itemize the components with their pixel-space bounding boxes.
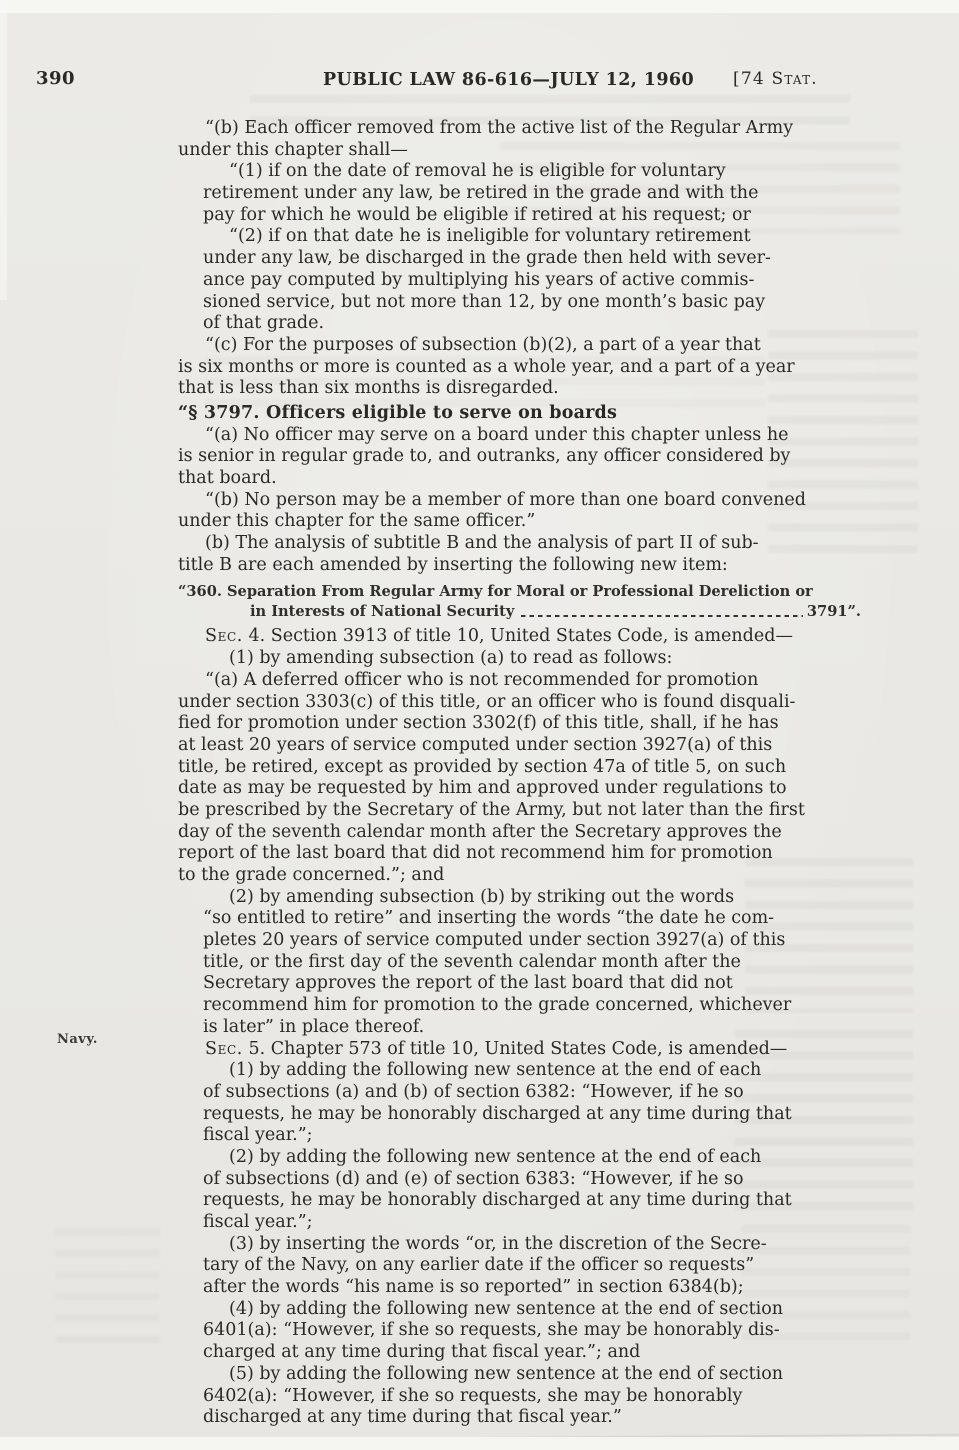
text-run: (1) by amending subsection (a) to read a…	[229, 648, 672, 668]
text-line: “(a) No officer may serve on a board und…	[178, 425, 861, 447]
text-line: fiscal year.”;	[178, 1125, 861, 1147]
text-line: “so entitled to retire” and inserting th…	[178, 908, 861, 930]
text-line: fied for promotion under section 3302(f)…	[178, 713, 861, 735]
text-line: requests, he may be honorably discharged…	[178, 1104, 861, 1126]
text-run: title, or the first day of the seventh c…	[203, 952, 741, 972]
text-run: “(a) A deferred officer who is not recom…	[205, 670, 758, 690]
text-line: that board.	[178, 468, 861, 490]
text-line: fiscal year.”;	[178, 1212, 861, 1234]
bleed-through-artifact	[55, 1228, 160, 1348]
text-run: “(b) No person may be a member of more t…	[205, 490, 806, 510]
para-b-analysis: (b) The analysis of subtitle B and the a…	[178, 533, 861, 576]
text-run: that is less than six months is disregar…	[178, 378, 559, 398]
text-line: is later” in place thereof.	[178, 1017, 861, 1039]
text-run: Sec.	[205, 626, 243, 646]
text-line: at least 20 years of service computed un…	[178, 735, 861, 757]
text-line: (2) by amending subsection (b) by striki…	[178, 887, 861, 909]
text-run: report of the last board that did not re…	[178, 843, 773, 863]
text-line: of that grade.	[178, 313, 861, 335]
text-run: ance pay computed by multiplying his yea…	[203, 270, 754, 290]
text-line: pletes 20 years of service computed unde…	[178, 930, 861, 952]
sec4-clause-1: (1) by amending subsection (a) to read a…	[178, 648, 861, 670]
sec-5-intro: Sec. 5. Chapter 573 of title 10, United …	[178, 1039, 861, 1061]
text-run: pletes 20 years of service computed unde…	[203, 930, 785, 950]
text-line: “(c) For the purposes of subsection (b)(…	[178, 335, 861, 357]
sec5-clause-3: (3) by inserting the words “or, in the d…	[178, 1234, 861, 1299]
text-run: of subsections (a) and (b) of section 63…	[203, 1082, 744, 1102]
text-run: is senior in regular grade to, and outra…	[178, 446, 790, 466]
para-b-no-person: “(b) No person may be a member of more t…	[178, 490, 861, 533]
statute-page: 390 PUBLIC LAW 86-616—JULY 12, 1960 [74 …	[0, 0, 959, 1450]
text-run: under section 3303(c) of this title, or …	[178, 692, 795, 712]
running-header-title: PUBLIC LAW 86-616—JULY 12, 1960	[323, 70, 694, 90]
text-line: “(2) if on that date he is ineligible fo…	[178, 226, 861, 248]
text-line: ance pay computed by multiplying his yea…	[178, 270, 861, 292]
sec5-clause-2: (2) by adding the following new sentence…	[178, 1147, 861, 1234]
text-line: (2) by adding the following new sentence…	[178, 1147, 861, 1169]
text-line: requests, he may be honorably discharged…	[178, 1190, 861, 1212]
statute-text-column: “(b) Each officer removed from the activ…	[178, 118, 861, 1429]
text-run: of that grade.	[203, 313, 324, 333]
text-run: 6401(a): “However, if she so requests, s…	[203, 1320, 780, 1340]
text-run: Secretary approves the report of the las…	[203, 973, 733, 993]
text-run: 3791”.	[807, 602, 861, 622]
text-run: fiscal year.”;	[203, 1125, 313, 1145]
section-heading-3797: “§ 3797. Officers eligible to serve on b…	[178, 403, 861, 425]
text-run: in Interests of National Security	[250, 602, 514, 622]
text-line: “(b) Each officer removed from the activ…	[178, 118, 861, 140]
text-line: “(1) if on the date of removal he is eli…	[178, 161, 861, 183]
text-line: 6401(a): “However, if she so requests, s…	[178, 1320, 861, 1342]
text-run: that board.	[178, 468, 277, 488]
text-line: date as may be requested by him and appr…	[178, 778, 861, 800]
statutes-volume-reference: [74 Stat.	[733, 69, 818, 89]
text-line: discharged at any time during that fisca…	[178, 1407, 861, 1429]
text-line: of subsections (d) and (e) of section 63…	[178, 1169, 861, 1191]
text-line: be prescribed by the Secretary of the Ar…	[178, 800, 861, 822]
text-run: after the words “his name is so reported…	[203, 1277, 744, 1297]
text-run: under this chapter shall—	[178, 140, 408, 160]
para-c-part-year: “(c) For the purposes of subsection (b)(…	[178, 335, 861, 400]
scan-edge-top	[0, 0, 959, 13]
text-run: (2) by adding the following new sentence…	[229, 1147, 761, 1167]
text-run: 6402(a): “However, if she so requests, s…	[203, 1386, 742, 1406]
page-number: 390	[36, 68, 75, 89]
text-line: report of the last board that did not re…	[178, 843, 861, 865]
text-line: 6402(a): “However, if she so requests, s…	[178, 1386, 861, 1408]
text-run: 5. Chapter 573 of title 10, United State…	[243, 1039, 787, 1059]
text-line: sioned service, but not more than 12, by…	[178, 292, 861, 314]
text-line: “§ 3797. Officers eligible to serve on b…	[178, 403, 861, 425]
text-run: sioned service, but not more than 12, by…	[203, 292, 765, 312]
text-run: “360. Separation From Regular Army for M…	[178, 583, 813, 600]
text-line: title, or the first day of the seventh c…	[178, 952, 861, 974]
text-line: in Interests of National Security3791”.	[178, 602, 861, 622]
sec5-clause-1: (1) by adding the following new sentence…	[178, 1060, 861, 1147]
text-run: at least 20 years of service computed un…	[178, 735, 772, 755]
text-run: to the grade concerned.”; and	[178, 865, 444, 885]
text-line: day of the seventh calendar month after …	[178, 822, 861, 844]
text-run: “(1) if on the date of removal he is eli…	[229, 161, 726, 181]
text-line: “(a) A deferred officer who is not recom…	[178, 670, 861, 692]
text-run: Sec.	[205, 1039, 243, 1059]
text-run: title B are each amended by inserting th…	[178, 555, 728, 575]
text-run: retirement under any law, be retired in …	[203, 183, 758, 203]
text-run: “so entitled to retire” and inserting th…	[203, 908, 774, 928]
text-run: charged at any time during that fiscal y…	[203, 1342, 640, 1362]
text-run: (2) by amending subsection (b) by striki…	[229, 887, 734, 907]
text-line: (5) by adding the following new sentence…	[178, 1364, 861, 1386]
text-line: of subsections (a) and (b) of section 63…	[178, 1082, 861, 1104]
text-line: under section 3303(c) of this title, or …	[178, 692, 861, 714]
sec4-clause-2: (2) by amending subsection (b) by striki…	[178, 887, 861, 1039]
text-line: Sec. 4. Section 3913 of title 10, United…	[178, 626, 861, 648]
text-line: recommend him for promotion to the grade…	[178, 995, 861, 1017]
text-line: is six months or more is counted as a wh…	[178, 357, 861, 379]
text-run: “(b) Each officer removed from the activ…	[205, 118, 793, 138]
text-run: (5) by adding the following new sentence…	[229, 1364, 783, 1384]
text-run: “§ 3797. Officers eligible to serve on b…	[178, 403, 617, 423]
sec-4-intro: Sec. 4. Section 3913 of title 10, United…	[178, 626, 861, 648]
text-line: title B are each amended by inserting th…	[178, 555, 861, 577]
scan-edge-left	[0, 0, 7, 300]
text-run: pay for which he would be eligible if re…	[203, 205, 751, 225]
text-line: under any law, be discharged in the grad…	[178, 248, 861, 270]
text-run: be prescribed by the Secretary of the Ar…	[178, 800, 805, 820]
text-line: “360. Separation From Regular Army for M…	[178, 582, 861, 602]
text-line: (b) The analysis of subtitle B and the a…	[178, 533, 861, 555]
text-line: retirement under any law, be retired in …	[178, 183, 861, 205]
text-run: tary of the Navy, on any earlier date if…	[203, 1255, 754, 1275]
text-run: discharged at any time during that fisca…	[203, 1407, 622, 1427]
text-line: (1) by amending subsection (a) to read a…	[178, 648, 861, 670]
text-line: under this chapter shall—	[178, 140, 861, 162]
text-run: requests, he may be honorably discharged…	[203, 1104, 792, 1124]
text-line: that is less than six months is disregar…	[178, 378, 861, 400]
text-line: (3) by inserting the words “or, in the d…	[178, 1234, 861, 1256]
text-line: Sec. 5. Chapter 573 of title 10, United …	[178, 1039, 861, 1061]
clause-1-voluntary-retirement: “(1) if on the date of removal he is eli…	[178, 161, 861, 226]
text-run: (b) The analysis of subtitle B and the a…	[205, 533, 759, 553]
text-run: (3) by inserting the words “or, in the d…	[229, 1234, 767, 1254]
text-run: fiscal year.”;	[203, 1212, 313, 1232]
dotted-leader	[521, 615, 803, 617]
text-run: fied for promotion under section 3302(f)…	[178, 713, 779, 733]
text-line: “(b) No person may be a member of more t…	[178, 490, 861, 512]
text-line: Secretary approves the report of the las…	[178, 973, 861, 995]
text-run: is later” in place thereof.	[203, 1017, 424, 1037]
text-run: under this chapter for the same officer.…	[178, 511, 535, 531]
text-line: (4) by adding the following new sentence…	[178, 1299, 861, 1321]
text-run: 4. Section 3913 of title 10, United Stat…	[243, 626, 793, 646]
text-run: recommend him for promotion to the grade…	[203, 995, 791, 1015]
text-run: (4) by adding the following new sentence…	[229, 1299, 783, 1319]
text-run: title, be retired, except as provided by…	[178, 757, 786, 777]
text-run: of subsections (d) and (e) of section 63…	[203, 1169, 744, 1189]
text-run: day of the seventh calendar month after …	[178, 822, 782, 842]
scan-edge-bottom	[0, 1437, 959, 1450]
text-line: title, be retired, except as provided by…	[178, 757, 861, 779]
text-line: pay for which he would be eligible if re…	[178, 205, 861, 227]
text-run: “(c) For the purposes of subsection (b)(…	[205, 335, 761, 355]
text-run: under any law, be discharged in the grad…	[203, 248, 771, 268]
para-a-deferred-officer: “(a) A deferred officer who is not recom…	[178, 670, 861, 887]
text-line: (1) by adding the following new sentence…	[178, 1060, 861, 1082]
text-line: charged at any time during that fiscal y…	[178, 1342, 861, 1364]
text-line: after the words “his name is so reported…	[178, 1277, 861, 1299]
sec5-clause-5: (5) by adding the following new sentence…	[178, 1364, 861, 1429]
sec5-clause-4: (4) by adding the following new sentence…	[178, 1299, 861, 1364]
text-line: under this chapter for the same officer.…	[178, 511, 861, 533]
text-run: date as may be requested by him and appr…	[178, 778, 787, 798]
para-a-no-officer: “(a) No officer may serve on a board und…	[178, 425, 861, 490]
text-run: (1) by adding the following new sentence…	[229, 1060, 761, 1080]
text-run: is six months or more is counted as a wh…	[178, 357, 795, 377]
text-line: to the grade concerned.”; and	[178, 865, 861, 887]
para-b-each-officer: “(b) Each officer removed from the activ…	[178, 118, 861, 161]
text-line: tary of the Navy, on any earlier date if…	[178, 1255, 861, 1277]
toc-item-360: “360. Separation From Regular Army for M…	[178, 582, 861, 621]
margin-note-navy: Navy.	[57, 1032, 98, 1047]
text-line: is senior in regular grade to, and outra…	[178, 446, 861, 468]
text-run: requests, he may be honorably discharged…	[203, 1190, 792, 1210]
text-run: “(a) No officer may serve on a board und…	[205, 425, 788, 445]
clause-2-severance-pay: “(2) if on that date he is ineligible fo…	[178, 226, 861, 334]
text-run: “(2) if on that date he is ineligible fo…	[229, 226, 751, 246]
